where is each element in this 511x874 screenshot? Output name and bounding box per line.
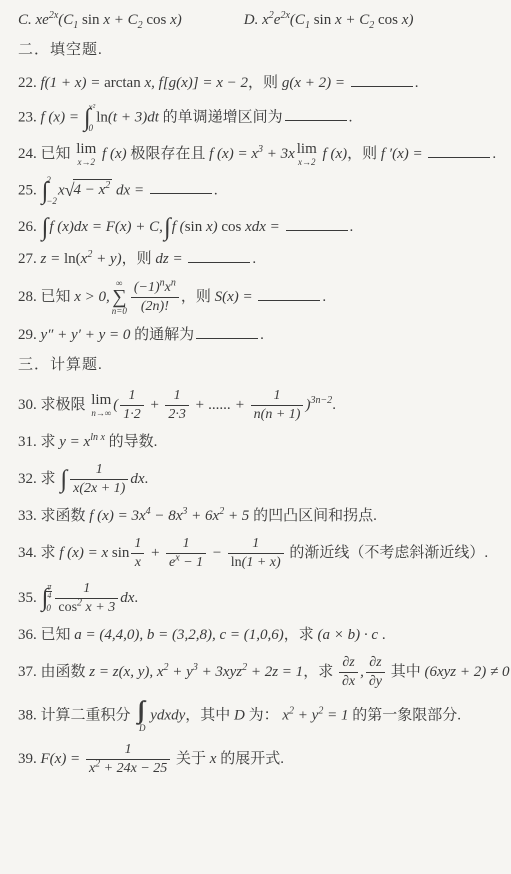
text-run: .: [415, 75, 419, 91]
problem-36: 36. 已知 a = (4,4,0), b = (3,2,8), c = (1,…: [18, 625, 505, 646]
math-text: x: [58, 182, 65, 198]
math-text: (1 + x): [242, 555, 281, 570]
fraction: 1x(2x + 1): [70, 462, 128, 497]
text-run: ，其中: [185, 707, 234, 723]
text-run: cos: [218, 219, 246, 235]
math-text: 1: [174, 388, 181, 403]
text-run: 32. 求: [18, 471, 59, 487]
math-text: D: [234, 707, 245, 723]
math-text: F(x) =: [41, 751, 84, 767]
numerator: 1: [251, 388, 304, 406]
math-text: 1: [274, 388, 281, 403]
numerator: 1: [131, 536, 144, 554]
denominator: ln(1 + x): [228, 554, 284, 571]
math-text: D. x: [244, 12, 269, 28]
text-run: ，求: [303, 664, 337, 680]
math-text: f (x) = x: [209, 146, 258, 162]
math-text: + 3x: [263, 146, 295, 162]
text-run: ln: [96, 109, 108, 125]
problem-34: 34. 求 f (x) = x sin1x + 1ex − 1 − 1ln(1 …: [18, 536, 505, 571]
numerator: 1: [228, 536, 284, 554]
problem-32: 32. 求 ∫1x(2x + 1)dx.: [18, 462, 505, 497]
text-run: .: [260, 327, 264, 343]
text-run: 极限存在且: [130, 146, 209, 162]
math-text: ∂z: [369, 655, 381, 670]
section-heading-fill-blank: 二．填空题.: [18, 40, 505, 61]
math-text: dx =: [112, 182, 148, 198]
math-text: S(x) =: [215, 289, 257, 305]
document-page: C. xe2x(C1 sin x + C2 cos x)D. x2e2x(C1 …: [0, 0, 511, 874]
math-text: − 1: [180, 555, 203, 570]
radicand: 4 − x2: [73, 179, 113, 201]
denominator: n(n + 1): [251, 406, 304, 423]
math-text: x: [103, 12, 110, 28]
numerator: 1: [120, 388, 144, 406]
superscript: n: [171, 277, 176, 288]
integral-limits: π40: [46, 583, 52, 613]
math-text: x: [335, 12, 342, 28]
integral: ∫π40: [42, 583, 53, 613]
math-text: + y: [294, 707, 318, 723]
text-run: 的单调递增区间为: [159, 109, 283, 125]
problem-25: 25. ∫2−2x√4 − x2 dx = .: [18, 176, 505, 206]
text-run: 38. 计算二重积分: [18, 707, 134, 723]
text-run: ，则: [181, 289, 215, 305]
math-text: (a × b) · c: [318, 627, 379, 643]
text-run: arctan: [104, 75, 144, 91]
math-text: + C: [110, 12, 138, 28]
math-text: x: [135, 555, 141, 570]
fraction: 11·2: [120, 388, 144, 423]
math-text: ydxdy: [150, 707, 185, 723]
text-run: 28. 已知: [18, 289, 74, 305]
math-text: f ′(x) =: [381, 146, 426, 162]
numerator: 1: [86, 742, 170, 760]
text-run: 为：: [245, 707, 283, 723]
text-run: .: [378, 627, 386, 643]
fraction: 1n(n + 1): [251, 388, 304, 423]
problem-37: 37. 由函数 z = z(x, y), x2 + y3 + 3xyz2 + 2…: [18, 655, 505, 690]
denominator: 1·2: [120, 406, 144, 423]
answer-blank: [196, 326, 258, 339]
limit-operator: limx→2: [297, 142, 317, 167]
summation: ∞∑n=0: [112, 279, 127, 316]
text-run: 36. 已知: [18, 627, 74, 643]
fraction: 1x2 + 24x − 25: [86, 742, 170, 777]
limit-operator: limn→∞: [91, 393, 111, 418]
math-text: + 5: [224, 508, 249, 524]
text-run: 37. 由函数: [18, 664, 89, 680]
math-text: −2: [46, 196, 57, 206]
integral-limits: 2−2: [46, 176, 57, 206]
math-text: + ...... +: [191, 397, 249, 413]
math-text: + 2z = 1: [247, 664, 303, 680]
integral-limits: x²0: [89, 103, 96, 133]
math-text: 2: [46, 175, 51, 185]
text-run: 其中: [387, 664, 425, 680]
math-text: x(2x + 1): [73, 481, 125, 496]
text-run: sin: [185, 219, 206, 235]
math-text: 1·2: [123, 407, 141, 422]
math-text: + 3: [92, 600, 115, 615]
numerator: 1: [165, 388, 189, 406]
math-text: , f: [151, 75, 163, 91]
fraction: 1ex − 1: [166, 536, 206, 571]
square-root: √4 − x2: [65, 178, 113, 203]
problem-39: 39. F(x) = 1x2 + 24x − 25 关于 x 的展开式.: [18, 742, 505, 777]
problem-22: 22. f(1 + x) = arctan x, f[g(x)] = x − 2…: [18, 73, 505, 94]
integral: ∫x²0: [84, 103, 96, 133]
math-text: f (: [172, 219, 185, 235]
numerator: ∂z: [339, 655, 358, 673]
numerator: (−1)nxn: [131, 280, 179, 298]
math-text: xdx =: [245, 219, 283, 235]
math-text: = 1: [323, 707, 348, 723]
math-text: x): [206, 219, 218, 235]
math-text: + 6x: [187, 508, 219, 524]
math-text: + C: [342, 12, 370, 28]
math-text: 1: [252, 536, 259, 551]
integral: ∫: [164, 215, 171, 240]
math-text: (t + 3)dt: [108, 109, 159, 125]
superscript: 2x: [280, 10, 289, 21]
problem-31: 31. 求 y = xln x 的导数.: [18, 432, 505, 453]
math-text: dz =: [155, 251, 186, 267]
text-run: 的通解为: [130, 327, 194, 343]
fraction: 1cos2 x + 3: [55, 581, 118, 616]
fraction: ∂z∂y: [366, 655, 385, 690]
text-run: 的凹凸区间和拐点.: [249, 508, 377, 524]
text-run: 的渐近线（不考虑斜渐近线）.: [286, 545, 489, 561]
denominator: x(2x + 1): [70, 480, 128, 497]
problem-26: 26. ∫f (x)dx = F(x) + C,∫f (sin x) cos x…: [18, 215, 505, 240]
denominator: ∂y: [366, 673, 385, 690]
limit-operator: limx→2: [76, 142, 96, 167]
denominator: (2n)!: [131, 298, 179, 315]
denominator: x2 + 24x − 25: [86, 760, 170, 777]
text-run: 的第一象限部分.: [348, 707, 461, 723]
math-text: z = z(x, y), x: [89, 664, 163, 680]
integral-icon: ∫: [164, 214, 171, 241]
text-run: 的展开式.: [216, 751, 284, 767]
math-text: z =: [41, 251, 64, 267]
fraction: 1ln(1 + x): [228, 536, 284, 571]
math-text: ∂y: [369, 674, 382, 689]
math-text: − 8x: [151, 508, 183, 524]
denominator: 4: [46, 592, 52, 600]
fraction: ∂z∂x: [339, 655, 358, 690]
text-run: .: [349, 109, 353, 125]
problem-35: 35. ∫π401cos2 x + 3dx.: [18, 581, 505, 616]
text-run: 24. 已知: [18, 146, 74, 162]
text-run: cos: [58, 600, 77, 615]
text-run: ，则: [248, 75, 282, 91]
denominator: x: [131, 554, 144, 571]
math-text: 1: [83, 581, 90, 596]
math-text: ): [177, 12, 182, 28]
math-text: + y): [92, 251, 121, 267]
lower-limit: 0: [89, 124, 96, 133]
math-text: +: [146, 397, 164, 413]
math-text: x: [170, 12, 177, 28]
answer-blank: [428, 145, 490, 158]
text-run: cos: [374, 12, 402, 28]
math-text: π: [47, 582, 51, 591]
limit-word: lim: [297, 142, 317, 157]
text-run: sin: [78, 12, 103, 28]
numerator: 1: [55, 581, 118, 599]
text-run: 23.: [18, 109, 41, 125]
text-run: .: [134, 590, 138, 606]
text-run: 33. 求函数: [18, 508, 89, 524]
problem-24: 24. 已知 limx→2 f (x) 极限存在且 f (x) = x3 + 3…: [18, 142, 505, 167]
text-run: .: [492, 146, 496, 162]
text-run: 的导数.: [105, 434, 158, 450]
math-text: (−1): [134, 280, 160, 295]
superscript: 3n−2: [310, 395, 332, 406]
math-text: + 24x − 25: [100, 761, 167, 776]
text-run: 27.: [18, 251, 41, 267]
text-run: 25.: [18, 182, 41, 198]
text-run: .: [322, 289, 326, 305]
text-run: ln(: [64, 251, 81, 267]
text-run: .: [252, 251, 256, 267]
math-text: 0: [89, 123, 94, 133]
limit-subscript: x→2: [78, 158, 96, 167]
integral: ∫: [42, 215, 49, 240]
math-text: [g(x)] = x − 2: [163, 75, 248, 91]
text-run: 26.: [18, 219, 41, 235]
math-text: 1: [183, 536, 190, 551]
problem-33: 33. 求函数 f (x) = 3x4 − 8x3 + 6x2 + 5 的凹凸区…: [18, 506, 505, 527]
math-text: y = x: [59, 434, 90, 450]
fraction: π4: [46, 583, 52, 600]
problem-28: 28. 已知 x > 0,∞∑n=0(−1)nxn(2n)!，则 S(x) = …: [18, 279, 505, 316]
answer-blank: [351, 74, 413, 87]
upper-limit: π4: [46, 583, 52, 600]
domain-label: D: [139, 724, 146, 733]
denominator: cos2 x + 3: [55, 599, 118, 616]
limit-word: lim: [91, 393, 111, 408]
text-run: ln: [231, 555, 242, 570]
problem-30: 30. 求极限 limn→∞(11·2 + 12·3 + ...... + 1n…: [18, 388, 505, 423]
text-run: .: [145, 471, 149, 487]
math-text: f (x) = 3x: [89, 508, 145, 524]
math-text: C: [63, 12, 73, 28]
upper-limit: 2: [46, 176, 57, 185]
math-text: x: [82, 600, 92, 615]
answer-blank: [258, 288, 320, 301]
integral-icon: ∫: [42, 214, 49, 241]
text-run: ，则: [347, 146, 381, 162]
problem-23: 23. f (x) = ∫x²0ln(t + 3)dt 的单调递增区间为.: [18, 103, 505, 133]
text-run: 39.: [18, 751, 41, 767]
lower-limit: −2: [46, 197, 57, 206]
text-run: 35.: [18, 590, 41, 606]
math-text: +: [146, 545, 164, 561]
text-run: 关于: [172, 751, 210, 767]
text-run: ，求: [284, 627, 318, 643]
denominator: 2·3: [165, 406, 189, 423]
section-heading-calculation: 三．计算题.: [18, 355, 505, 376]
text-run: 30. 求极限: [18, 397, 89, 413]
text-run: .: [332, 397, 336, 413]
text-run: cos: [143, 12, 171, 28]
math-text: + 3xyz: [198, 664, 242, 680]
fraction: (−1)nxn(2n)!: [131, 280, 179, 315]
math-text: f (x) =: [41, 109, 83, 125]
superscript: 2: [105, 180, 110, 191]
math-text: 1: [96, 462, 103, 477]
integral: ∫: [60, 467, 67, 492]
math-text: y″ + y′ + y = 0: [41, 327, 131, 343]
options-row: C. xe2x(C1 sin x + C2 cos x)D. x2e2x(C1 …: [18, 10, 505, 31]
math-text: 1: [134, 536, 141, 551]
text-run: 22.: [18, 75, 41, 91]
math-text: f (x) = x: [59, 545, 108, 561]
math-text: f (x): [319, 146, 347, 162]
limit-word: lim: [76, 142, 96, 157]
math-text: 1: [125, 742, 132, 757]
text-run: sin: [310, 12, 335, 28]
limit-subscript: x→2: [298, 158, 316, 167]
double-integral: ∫∫D: [138, 699, 146, 733]
text-run: 34. 求: [18, 545, 59, 561]
answer-blank: [150, 181, 212, 194]
double-integral-icon: ∫∫: [138, 699, 146, 723]
math-text: −: [208, 545, 226, 561]
text-run: .: [214, 182, 218, 198]
problem-29: 29. y″ + y′ + y = 0 的通解为.: [18, 325, 505, 346]
numerator: 1: [166, 536, 206, 554]
limit-subscript: n→∞: [91, 409, 111, 418]
math-text: 2·3: [168, 407, 186, 422]
math-text: C: [295, 12, 305, 28]
numerator: 1: [70, 462, 128, 480]
math-text: 4: [47, 591, 51, 600]
math-text: ∂x: [342, 674, 355, 689]
math-text: (1 + x) =: [45, 75, 104, 91]
math-text: dx: [130, 471, 144, 487]
problem-38: 38. 计算二重积分 ∫∫Dydxdy，其中 D 为： x2 + y2 = 1 …: [18, 699, 505, 733]
math-text: n(n + 1): [254, 407, 301, 422]
math-text: x > 0,: [74, 289, 110, 305]
superscript: 2x: [49, 10, 58, 21]
answer-blank: [286, 218, 348, 231]
math-text: (2n)!: [141, 299, 169, 314]
math-text: f (x)dx = F(x) + C,: [49, 219, 163, 235]
text-run: 29.: [18, 327, 41, 343]
text-run: .: [350, 219, 354, 235]
upper-limit: x²: [89, 103, 96, 112]
text-run: ，则: [122, 251, 156, 267]
denominator: ∂x: [339, 673, 358, 690]
lower-limit: n=0: [112, 307, 127, 316]
superscript: ln x: [90, 432, 105, 443]
text-run: sin: [108, 545, 129, 561]
text-run: 31. 求: [18, 434, 59, 450]
math-text: (: [113, 397, 118, 413]
text-run: 三．计算题.: [18, 357, 103, 373]
math-text: (x + 2) =: [289, 75, 348, 91]
text-run: 二．填空题.: [18, 42, 103, 58]
math-text: ∂z: [342, 655, 354, 670]
fraction: 1x: [131, 536, 144, 571]
answer-blank: [188, 250, 250, 263]
denominator: ex − 1: [166, 554, 206, 571]
math-text: + y: [169, 664, 193, 680]
math-text: C. xe: [18, 12, 49, 28]
answer-blank: [285, 108, 347, 121]
math-text: (6xyz + 2) ≠ 0: [425, 664, 510, 680]
math-text: ): [408, 12, 413, 28]
math-text: x²: [89, 102, 96, 112]
integral-icon: ∫: [60, 466, 67, 493]
math-text: 4 − x: [74, 182, 106, 198]
lower-limit: 0: [46, 604, 52, 613]
sigma-icon: ∑: [112, 288, 126, 307]
numerator: ∂z: [366, 655, 385, 673]
math-text: 1: [129, 388, 136, 403]
integral: ∫2−2: [42, 176, 57, 206]
fraction: 12·3: [165, 388, 189, 423]
problem-27: 27. z = ln(x2 + y)，则 dz = .: [18, 249, 505, 270]
math-text: 0: [46, 603, 51, 613]
math-text: a = (4,4,0), b = (3,2,8), c = (1,0,6): [74, 627, 284, 643]
math-text: f (x): [98, 146, 130, 162]
math-text: ,: [360, 664, 364, 680]
math-text: dx: [120, 590, 134, 606]
